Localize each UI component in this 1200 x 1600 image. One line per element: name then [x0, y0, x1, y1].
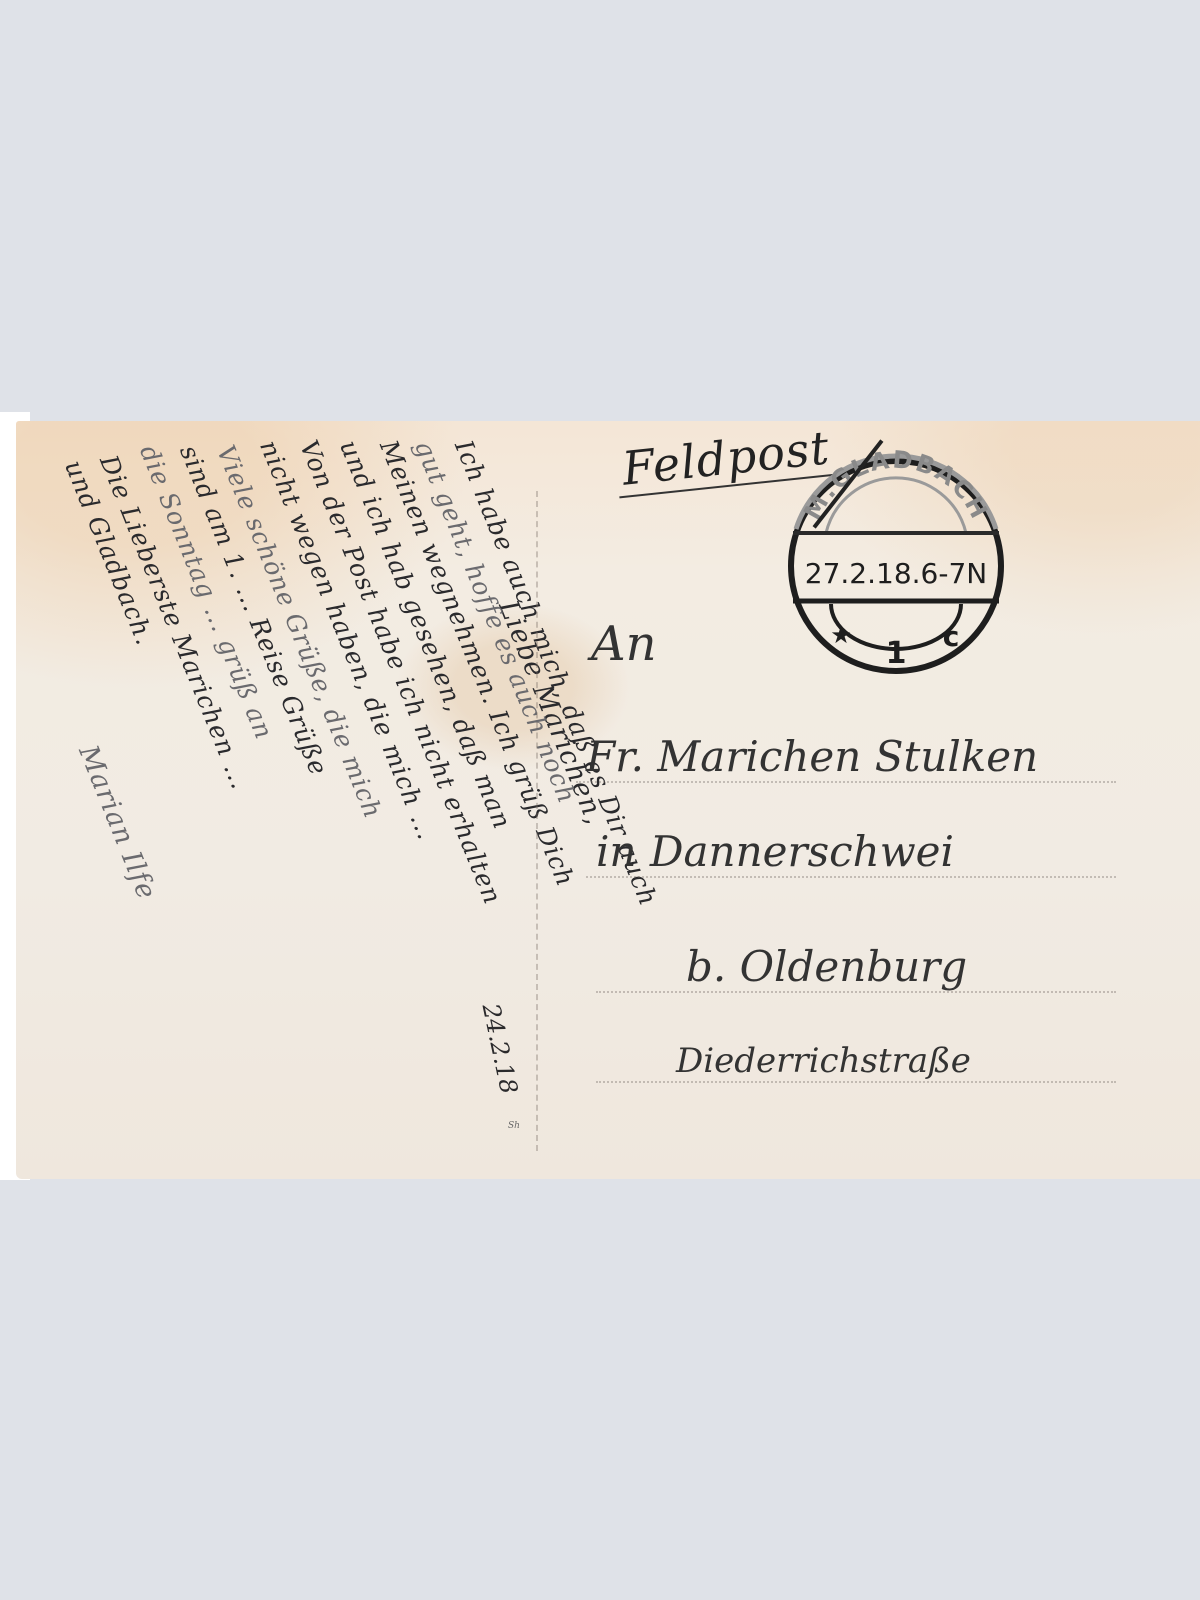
message-date: 24.2.18: [477, 1001, 523, 1096]
message-area: Liebe Marichen, Ich habe auch mich, daß …: [16, 421, 536, 1179]
divider-line: [536, 491, 538, 1151]
address-line-1: Fr. Marichen Stulken: [576, 721, 1116, 783]
address-line-2: in Dannerschwei: [586, 816, 1116, 878]
svg-text:27.2.18.6-7N: 27.2.18.6-7N: [805, 557, 987, 590]
recipient-town: in Dannerschwei: [596, 827, 954, 876]
postcard: Liebe Marichen, Ich habe auch mich, daß …: [16, 421, 1200, 1179]
address-line-3: b. Oldenburg: [596, 931, 1116, 993]
svg-text:★: ★: [830, 621, 852, 649]
message-signature: Marian Ilfe: [72, 741, 162, 904]
recipient-street: Diederrichstraße: [676, 1041, 971, 1081]
recipient-name: Fr. Marichen Stulken: [586, 732, 1038, 781]
salutation: An: [591, 616, 657, 672]
imprint-mark: Sh: [508, 1121, 520, 1131]
recipient-region: b. Oldenburg: [686, 942, 967, 991]
postmark-stamp: M.GLADBACH 27.2.18.6-7N ★ 1 c: [771, 441, 1011, 681]
svg-text:c: c: [943, 620, 960, 653]
svg-text:1: 1: [886, 636, 907, 671]
address-line-4: Diederrichstraße: [596, 1021, 1116, 1083]
